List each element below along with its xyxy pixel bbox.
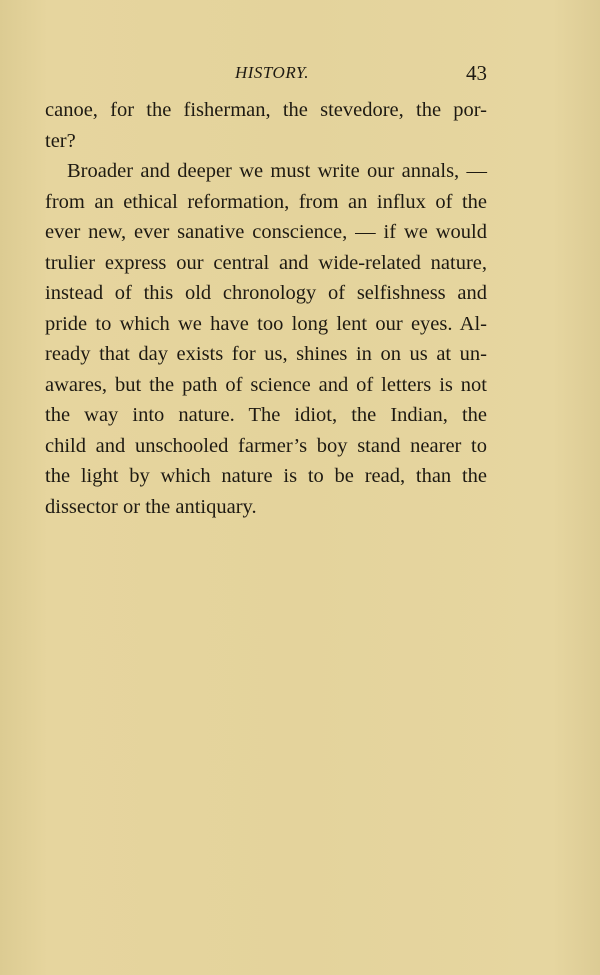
text-line: awares, but the path of science and of l… <box>45 370 487 401</box>
text-line: ever new, ever sanative conscience, — if… <box>45 217 487 248</box>
text-line: child and unschooled farmer’s boy stand … <box>45 431 487 462</box>
text-line: canoe, for the fisherman, the stevedore,… <box>45 95 487 126</box>
running-head: HISTORY. 43 <box>45 61 487 85</box>
text-line: from an ethical reformation, from an inf… <box>45 187 487 218</box>
text-line: dissector or the antiquary. <box>45 492 487 523</box>
text-line: trulier express our central and wide-rel… <box>45 248 487 279</box>
page-number: 43 <box>466 61 487 86</box>
running-title: HISTORY. <box>45 63 487 83</box>
body-text: canoe, for the fisherman, the stevedore,… <box>45 95 487 522</box>
text-line: Broader and deeper we must write our ann… <box>45 156 487 187</box>
text-line: ready that day exists for us, shines in … <box>45 339 487 370</box>
text-line: the light by which nature is to be read,… <box>45 461 487 492</box>
text-line: ter? <box>45 126 487 157</box>
book-page: HISTORY. 43 canoe, for the fisherman, th… <box>0 0 600 975</box>
text-line: pride to which we have too long lent our… <box>45 309 487 340</box>
text-line: the way into nature. The idiot, the Indi… <box>45 400 487 431</box>
text-line: instead of this old chronology of selfis… <box>45 278 487 309</box>
